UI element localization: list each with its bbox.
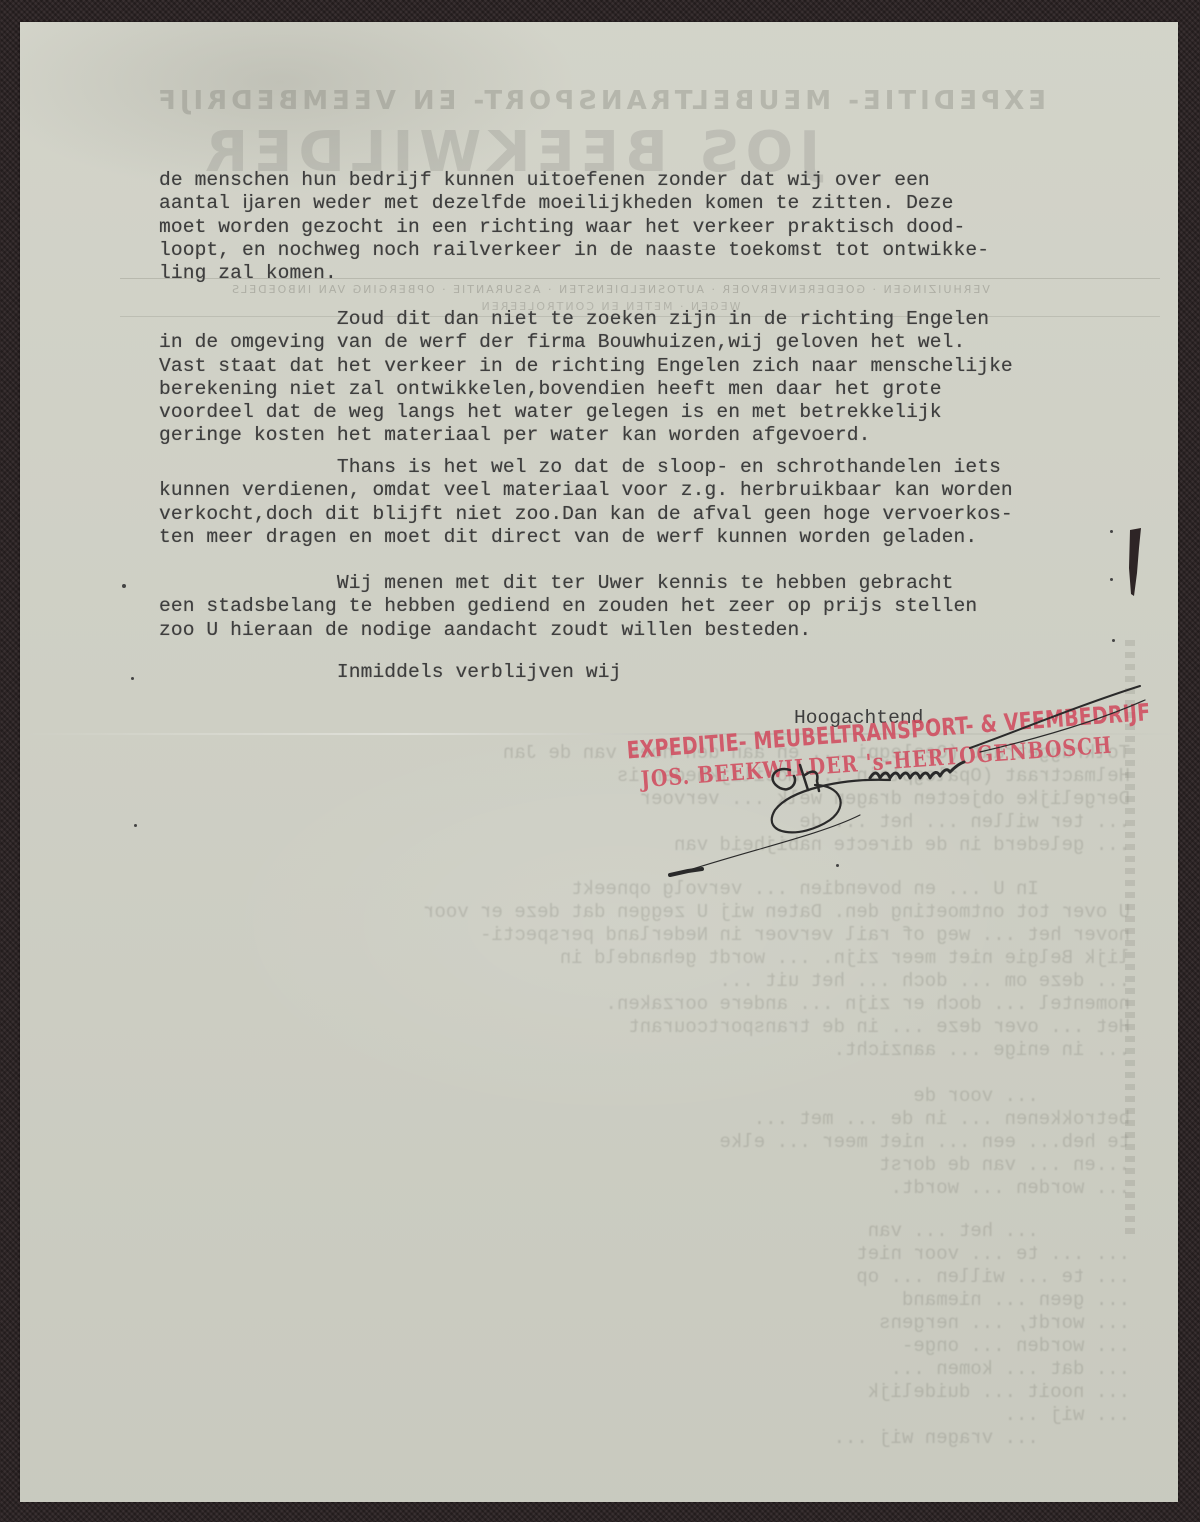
- text-line: verkocht,doch dit blijft niet zoo.Dan ka…: [159, 503, 1013, 525]
- text-line: in de omgeving van de werf der firma Bou…: [159, 331, 965, 353]
- letter-paragraph-2: Zoud dit dan niet te zoeken zijn in de r…: [159, 308, 1013, 448]
- text-line: Vast staat dat het verkeer in de richtin…: [159, 355, 1013, 377]
- text-line: ling zal komen.: [159, 262, 337, 284]
- reverse-showthrough-block: ... voor de betrokkenen ... in de ... me…: [50, 1085, 1130, 1200]
- text-line: geringe kosten het materiaal per water k…: [159, 424, 871, 446]
- text-line: berekening niet zal ontwikkelen,bovendie…: [159, 378, 942, 400]
- text-line: kunnen verdienen, omdat veel materiaal v…: [159, 479, 1013, 501]
- letterhead-showthrough-title: EXPEDITIE- MEUBELTRANSPORT- EN VEEMBEDRI…: [110, 86, 1090, 116]
- text-line: ten meer dragen en moet dit direct van d…: [159, 526, 977, 548]
- reverse-showthrough-block: In U ... en bovendien ... vervolg opneek…: [50, 878, 1130, 1062]
- closing-line: Inmiddels verblijven wij: [159, 661, 621, 684]
- text-line: aantal ĳaren weder met dezelfde moeilijk…: [159, 192, 954, 214]
- text-line: Zoud dit dan niet te zoeken zijn in de r…: [159, 308, 989, 330]
- paper-tear: [1127, 528, 1143, 598]
- text-line: Thans is het wel zo dat de sloop- en sch…: [159, 456, 1001, 478]
- letter-paragraph-4: Wij menen met dit ter Uwer kennis te heb…: [159, 572, 977, 642]
- text-line: een stadsbelang te hebben gediend en zou…: [159, 595, 977, 617]
- text-line: voordeel dat de weg langs het water gele…: [159, 401, 942, 423]
- letter-paragraph-1: de menschen hun bedrijf kunnen uitoefene…: [159, 169, 989, 285]
- ink-speck: [1110, 530, 1113, 533]
- text-line: de menschen hun bedrijf kunnen uitoefene…: [159, 169, 930, 191]
- ink-speck: [836, 864, 839, 867]
- letter-paragraph-3: Thans is het wel zo dat de sloop- en sch…: [159, 456, 1013, 549]
- text-line: zoo U hieraan de nodige aandacht zoudt w…: [159, 619, 811, 641]
- ink-speck: [122, 584, 126, 588]
- ink-speck: [134, 824, 137, 827]
- reverse-showthrough-block: ... het ... van ... ... te ... voor niet…: [50, 1220, 1130, 1450]
- text-line: moet worden gezocht in een richting waar…: [159, 216, 965, 238]
- text-line: loopt, en nochweg noch railverkeer in de…: [159, 239, 989, 261]
- ink-speck: [131, 677, 134, 680]
- ink-speck: [1112, 639, 1115, 642]
- text-line: Wij menen met dit ter Uwer kennis te heb…: [159, 572, 954, 594]
- handwritten-signature: [640, 660, 1200, 890]
- ink-speck: [1110, 578, 1113, 581]
